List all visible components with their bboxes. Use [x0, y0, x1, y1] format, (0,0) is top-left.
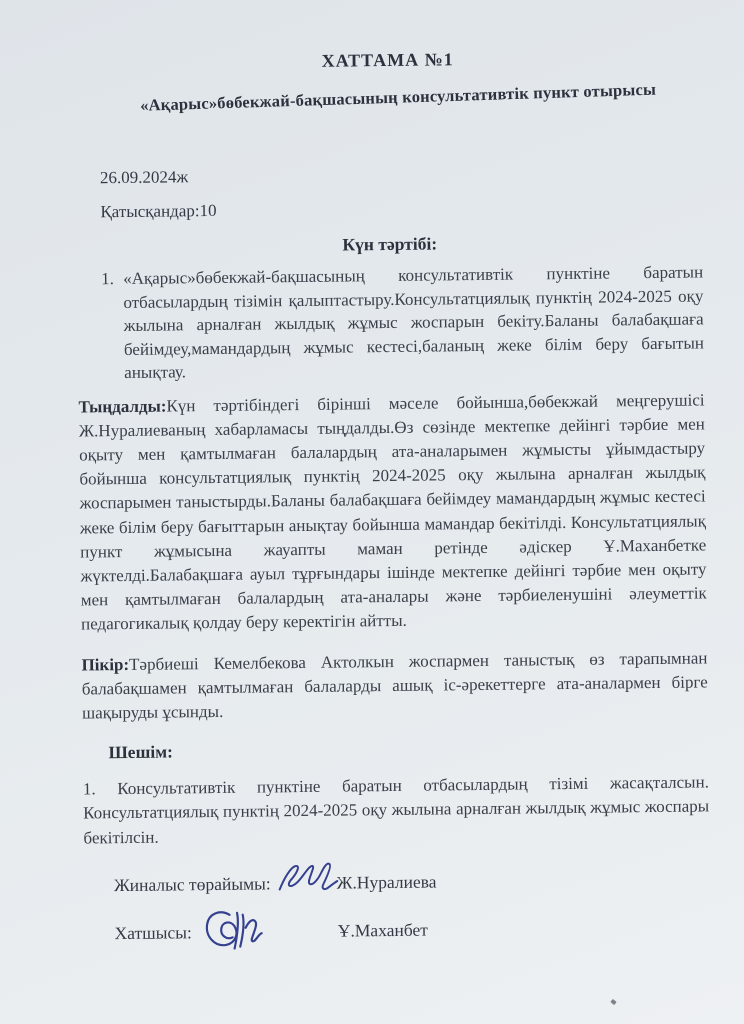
secretary-signature-ink-icon [201, 904, 264, 955]
chair-signature-row: Жиналыс төрайымы: Ж.Нуралиева [84, 857, 710, 908]
decision-text: 1. Консультативтік пунктіне баратын отба… [83, 771, 710, 851]
secretary-name: Ұ.Маханбет [338, 920, 428, 942]
attendees-count: Қатысқандар:10 [100, 195, 702, 222]
agenda-item: 1. «Ақарыс»бөбекжай-бақшасының консульта… [77, 260, 704, 385]
chair-signature-ink-icon [276, 857, 338, 898]
opinion-section: Пікір:Тәрбиеші Кемелбекова Актолкын жосп… [81, 646, 708, 726]
document-content: ХАТТАМА №1 «Ақарыс»бөбекжай-бақшасының к… [74, 0, 711, 960]
document-title: ХАТТАМА №1 [75, 46, 701, 74]
heard-lead-label: Тыңдалды: [78, 396, 166, 416]
agenda-heading: Күн тәртібі: [77, 230, 703, 258]
meeting-date: 26.09.2024ж [100, 161, 702, 188]
heard-text: Күн тәртібіндегі бірінші мәселе бойынша,… [79, 390, 707, 634]
secretary-signature-row: Хатшысы: Ұ.Маханбет [84, 901, 711, 960]
chair-label: Жиналыс төрайымы: [114, 874, 271, 897]
document-page: ХАТТАМА №1 «Ақарыс»бөбекжай-бақшасының к… [0, 0, 744, 1024]
opinion-text: Тәрбиеші Кемелбекова Актолкын жоспармен … [82, 648, 708, 723]
decision-heading: Шешім: [108, 736, 708, 764]
agenda-item-text: «Ақарыс»бөбекжай-бақшасының консультатив… [123, 260, 704, 384]
opinion-lead-label: Пікір: [81, 655, 129, 675]
agenda-item-number: 1. [101, 267, 124, 385]
chair-name: Ж.Нуралиева [337, 872, 437, 894]
document-subtitle: «Ақарыс»бөбекжай-бақшасының консультатив… [85, 78, 711, 118]
heard-section: Тыңдалды:Күн тәртібіндегі бірінші мәселе… [78, 388, 707, 637]
paper-speck [610, 999, 616, 1005]
secretary-label: Хатшысы: [114, 923, 191, 945]
